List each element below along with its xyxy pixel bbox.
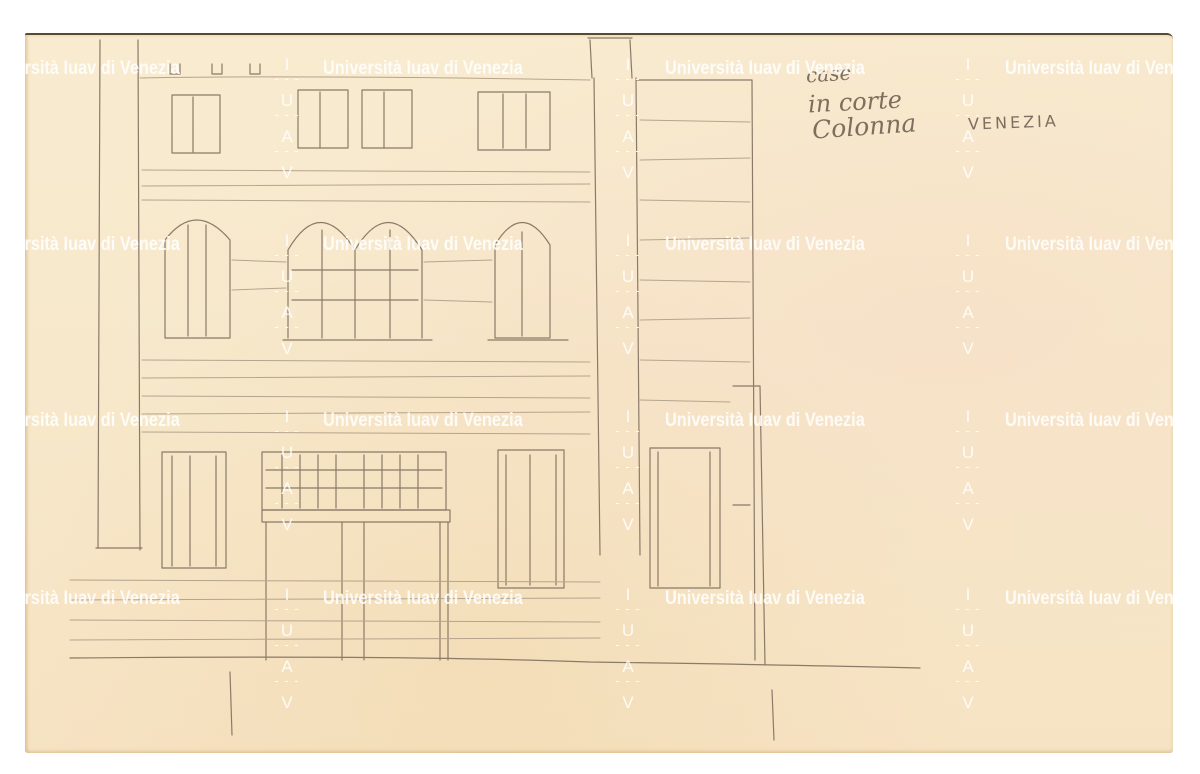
- watermark-iuav-column: I- - -U- - -A- - -V: [272, 56, 302, 182]
- watermark-iuav-column: I- - -U- - -A- - -V: [272, 586, 302, 712]
- watermark-iuav-column: I- - -U- - -A- - -V: [272, 408, 302, 534]
- watermark-text: Università Iuav di Venezia: [1005, 588, 1200, 610]
- watermark-text: Università Iuav di Venezia: [665, 234, 865, 256]
- watermark-text: Università Iuav di Venezia: [323, 410, 523, 432]
- ground-line: [70, 657, 920, 668]
- watermark-iuav-column: I- - -U- - -A- - -V: [272, 232, 302, 358]
- watermark-iuav-column: I- - -U- - -A- - -V: [953, 586, 983, 712]
- watermark-text: Università Iuav di Venezia: [0, 410, 180, 432]
- watermark-iuav-column: I- - -U- - -A- - -V: [613, 56, 643, 182]
- watermark-text: Università Iuav di Venezia: [665, 588, 865, 610]
- watermark-text: Università Iuav di Venezia: [1005, 58, 1200, 80]
- watermark-iuav-column: I- - -U- - -A- - -V: [953, 232, 983, 358]
- watermark-text: Università Iuav di Venezia: [323, 588, 523, 610]
- watermark-iuav-column: I- - -U- - -A- - -V: [613, 586, 643, 712]
- watermark-iuav-column: I- - -U- - -A- - -V: [953, 56, 983, 182]
- watermark-text: Università Iuav di Venezia: [0, 588, 180, 610]
- watermark-iuav-column: I- - -U- - -A- - -V: [613, 232, 643, 358]
- watermark-text: Università Iuav di Venezia: [665, 58, 865, 80]
- watermark-iuav-column: I- - -U- - -A- - -V: [953, 408, 983, 534]
- watermark-text: Università Iuav di Venezia: [0, 234, 180, 256]
- top-windows: [172, 90, 550, 153]
- watermark-text: Università Iuav di Venezia: [323, 58, 523, 80]
- watermark-text: Università Iuav di Venezia: [1005, 234, 1200, 256]
- watermark-iuav-column: I- - -U- - -A- - -V: [613, 408, 643, 534]
- ground-right-window: [498, 450, 564, 588]
- ground-left-window: [162, 452, 226, 568]
- watermark-text: Università Iuav di Venezia: [665, 410, 865, 432]
- left-pilaster: [96, 40, 142, 550]
- watermark-text: Università Iuav di Venezia: [0, 58, 180, 80]
- watermark-text: Università Iuav di Venezia: [1005, 410, 1200, 432]
- watermark-text: Università Iuav di Venezia: [323, 234, 523, 256]
